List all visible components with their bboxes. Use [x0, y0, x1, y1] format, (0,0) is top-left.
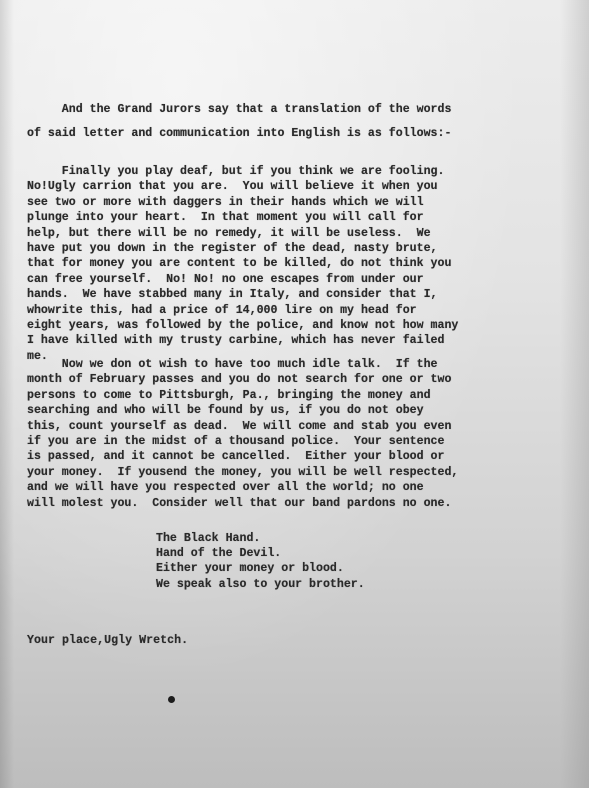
threat-paragraph-1: Finally you play deaf, but if you think … [27, 164, 458, 364]
text-line: is passed, and it cannot be cancelled. E… [27, 449, 458, 464]
text-line: searching and who will be found by us, i… [27, 403, 458, 418]
text-line: that for money you are content to be kil… [27, 256, 458, 271]
intro-line: of said letter and communication into En… [27, 125, 451, 143]
text-line: see two or more with daggers in their ha… [27, 195, 458, 210]
closing-line: Your place,Ugly Wretch. [27, 634, 188, 648]
text-line: No!Ugly carrion that you are. You will b… [27, 179, 458, 194]
text-line: whowrite this, had a price of 14,000 lir… [27, 303, 458, 318]
text-line: I have killed with my trusty carbine, wh… [27, 333, 458, 348]
signature-line: The Black Hand. [156, 531, 365, 546]
text-line: plunge into your heart. In that moment y… [27, 210, 458, 225]
intro-line: And the Grand Jurors say that a translat… [27, 95, 451, 125]
text-line: eight years, was followed by the police,… [27, 318, 458, 333]
typewritten-letter-page: And the Grand Jurors say that a translat… [0, 0, 589, 788]
text-line: Now we don ot wish to have too much idle… [27, 357, 458, 372]
text-line: and we will have you respected over all … [27, 480, 458, 495]
text-line: persons to come to Pittsburgh, Pa., brin… [27, 388, 458, 403]
signature-block: The Black Hand. Hand of the Devil. Eithe… [156, 531, 365, 592]
signature-line: Hand of the Devil. [156, 546, 365, 561]
text-line: Finally you play deaf, but if you think … [27, 164, 458, 179]
signature-line: We speak also to your brother. [156, 577, 365, 592]
text-line: hands. We have stabbed many in Italy, an… [27, 287, 458, 302]
text-line: if you are in the midst of a thousand po… [27, 434, 458, 449]
threat-paragraph-2: Now we don ot wish to have too much idle… [27, 357, 458, 511]
text-line: month of February passes and you do not … [27, 372, 458, 387]
text-line: have put you down in the register of the… [27, 241, 458, 256]
text-line: will molest you. Consider well that our … [27, 496, 458, 511]
text-line: your money. If yousend the money, you wi… [27, 465, 458, 480]
intro-paragraph: And the Grand Jurors say that a translat… [27, 95, 451, 143]
text-line: can free yourself. No! No! no one escape… [27, 272, 458, 287]
text-line: help, but there will be no remedy, it wi… [27, 226, 458, 241]
ink-dot [168, 696, 175, 703]
signature-line: Either your money or blood. [156, 561, 365, 576]
text-line: this, count yourself as dead. We will co… [27, 419, 458, 434]
